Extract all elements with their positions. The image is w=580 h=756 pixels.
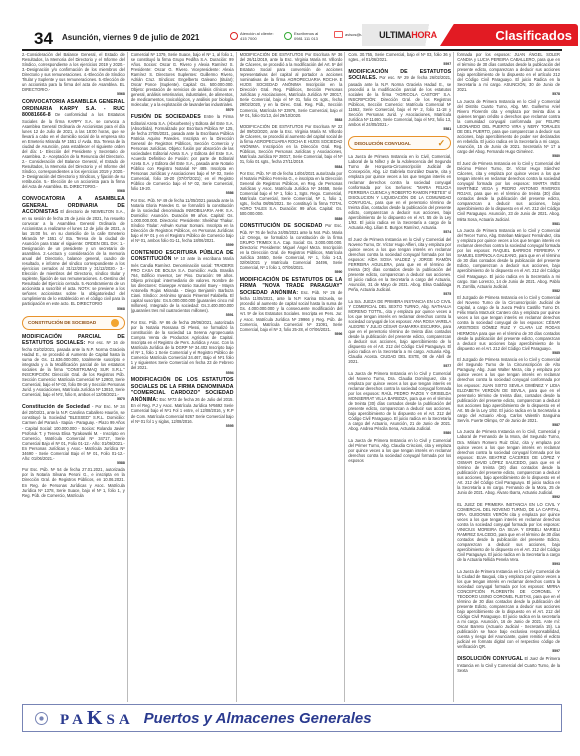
- notice-body: La Jueza de Primera Instancia en lo Civi…: [348, 438, 451, 463]
- notice-body: Nº 10 ante la escribana María Inés Candi…: [131, 256, 234, 313]
- classified-notice: Por Esc. Púb. Nº 40 de fecha 14/04/2021 …: [240, 171, 343, 221]
- classified-notice: CONVOCATORIA ASAMBLEA GENERAL ORDINARIA …: [22, 99, 125, 194]
- classified-notice: 2.-Consideración del Balance General, el…: [22, 52, 125, 97]
- notice-code: 5596: [240, 332, 343, 337]
- paksa-slogan: Puertos y Almacenes Generales: [144, 710, 372, 727]
- classified-notice: Por Esc. Púb. Nº 49 de fecha 11/05/2021 …: [131, 198, 234, 248]
- notice-code: 5577: [348, 364, 451, 369]
- classified-notice: MODIFICACIÓN DE ESTATUTOS Por Escritura …: [240, 52, 343, 123]
- notice-body: De conformidad a los Estatutos Sociales …: [22, 112, 125, 189]
- notice-code: 5575: [348, 292, 451, 297]
- notice-body: La Jueza de Primera Instancia en lo Civi…: [457, 99, 560, 154]
- notice-code: 5578: [457, 92, 560, 97]
- classified-notice: Comercial Nº 1379, Serie Suace, bajo el …: [131, 52, 234, 113]
- classified-notice: EL JUEZ DE PRIMERA INSTANCIA EN LO CIVIL…: [457, 502, 560, 568]
- notice-body: La Jueza de Primera Instancia en lo Civi…: [348, 154, 451, 230]
- notice-code: 5584: [240, 165, 343, 170]
- column-2: Comercial Nº 1379, Serie Suace, bajo el …: [131, 52, 237, 702]
- whatsapp-contact[interactable]: Escríbenos al0981 111 013: [284, 31, 318, 41]
- notice-body: Por Esc. Púb. Nº 54 de fecha 27.01.2021,…: [22, 467, 125, 497]
- notice-code: 5594: [131, 371, 234, 376]
- notice-body: Esc. Púb. Nº 26 de fecha 11/05/2021, ant…: [240, 290, 343, 332]
- classified-notice: El Juzgado de Primera Instancia en lo Ci…: [457, 357, 560, 428]
- notice-code: 5585: [457, 351, 560, 356]
- notice-body: Por Esc. Púb. Nº 49 de fecha 11/05/2021 …: [131, 198, 234, 243]
- column-3: MODIFICACIÓN DE ESTATUTOS Por Escritura …: [240, 52, 346, 702]
- classified-notice: El Juez de Primera Instancia en lo Civil…: [457, 161, 560, 227]
- whatsapp-icon: [284, 32, 292, 40]
- notice-body: Por esc. Nº 29 de fecha 26/02/2021, pasa…: [348, 75, 451, 127]
- classified-notice: El Juzgado de Primera Instancia en lo Ci…: [457, 295, 560, 356]
- notice-code: 5586: [131, 191, 234, 196]
- page-date: Asunción, viernes 9 de julio de 2021: [62, 33, 199, 42]
- notice-code: 5581: [457, 222, 560, 227]
- customer-service-contact[interactable]: Atención al cliente:415 7000: [230, 31, 274, 41]
- section-tab-clasificados: Clasificados: [440, 24, 578, 46]
- notice-body: La Jueza de Primera Instancia en lo Civi…: [457, 429, 560, 495]
- column-5: formada por los esposos: JUAN ÁNGEL SOLE…: [457, 52, 562, 702]
- notice-code: 5568: [22, 307, 125, 312]
- notice-heading: FUSIÓN DE SOCIEDADES: [131, 114, 201, 120]
- classified-notice: Constitución de Sociedad - Por Esc. Nº 3…: [22, 404, 125, 466]
- page-header: 34 Asunción, viernes 9 de julio de 2021 …: [22, 24, 580, 48]
- notice-code: 5595: [131, 424, 234, 429]
- notice-body: formada por los esposos: JUAN ÁNGEL SOLE…: [457, 52, 560, 92]
- notice-code: 5580: [348, 431, 451, 436]
- notice-body: - Por Esc. Nº 34 del 20/03/21, ante la N…: [22, 404, 125, 461]
- classified-notice: La Jueza de Primera Instancia en lo Civi…: [457, 569, 560, 655]
- classified-notice: La Jueza de Primera Instancia en lo Civi…: [348, 154, 451, 235]
- classified-notice: Por Esc. Púb. Nº 86 de fecha 29/06/2021,…: [131, 320, 234, 376]
- notice-body: MODIFICACIÓN DE ESTATUTOS Por Escritura …: [240, 52, 343, 118]
- classified-notice: La Jueza de Primera Instancia en lo Civi…: [348, 371, 451, 437]
- notice-heading: DISOLUCIÓN CONYUGAL: [457, 656, 523, 662]
- notice-code: 5574: [348, 230, 451, 235]
- star-icon: [111, 319, 119, 327]
- notice-code: 5590: [240, 270, 343, 275]
- phone-icon: [230, 32, 238, 40]
- classified-notice: CONVOCATORIA A ASAMBLEA GENERAL ORDINARI…: [22, 196, 125, 312]
- notice-body: Por Esc. Púb. Nº 40 de fecha 14/04/2021 …: [240, 171, 343, 216]
- column-4: Com. 30.755, Serie Comercial, bajo el Nº…: [348, 52, 454, 702]
- notice-body: Com. 30.755, Serie Comercial, bajo el Nº…: [348, 52, 451, 62]
- notice-code: 5583: [240, 118, 343, 123]
- notice-body: Por Esc. Púb. Nº 86 de fecha 29/06/2021,…: [131, 320, 234, 370]
- classified-notice: La Jueza de Primera Instancia en lo Civi…: [457, 228, 560, 294]
- paksa-brand: PAKSA: [60, 707, 134, 730]
- page-number: 34: [34, 29, 53, 49]
- classified-notice: Por Esc. Púb. Nº 54 de fecha 27.01.2021,…: [22, 467, 125, 497]
- notice-code: 5589: [240, 217, 343, 222]
- notice-code: 5568: [22, 189, 125, 194]
- classified-notice: MODIFICACIÓN DE ESTATUTOS DE LA FIRMA "N…: [240, 277, 343, 337]
- classified-notice: Com. 30.755, Serie Comercial, bajo el Nº…: [348, 52, 451, 67]
- notice-heading: CONSTITUCIÓN DE SOCIEDAD: [240, 223, 323, 229]
- header-divider: [22, 49, 562, 51]
- notice-code: 5597: [457, 649, 560, 654]
- classified-notice: DISOLUCIÓN CONYUGAL El Juez de Primera I…: [457, 656, 560, 673]
- notice-body: El Juzgado de Primera Instancia en lo Ci…: [457, 357, 560, 423]
- classified-notice: MODIFICACIÓN DE LOS ESTATUTOS SOCIALES D…: [131, 377, 234, 429]
- badge-label: DISOLUCIÓN CONYUGAL: [354, 141, 410, 146]
- notice-code: 5568: [22, 92, 125, 97]
- checkmark-icon: ✓: [438, 141, 446, 146]
- section-badge-disolucion: DISOLUCIÓN CONYUGAL✓: [348, 136, 451, 150]
- paksa-advertisement[interactable]: PAKSA Puertos y Almacenes Generales: [22, 704, 562, 732]
- classified-notice: formada por los esposos: JUAN ÁNGEL SOLE…: [457, 52, 560, 97]
- section-badge-constitucion: CONSTITUCIÓN DE SOCIEDAD: [22, 316, 125, 330]
- notice-heading: Constitución de Sociedad: [22, 404, 90, 410]
- notice-code: 5579: [131, 108, 234, 113]
- classified-notice: CONTENIDO ESCRITURA PÚBLICA DE CONSTITUC…: [131, 250, 234, 319]
- badge-label: CONSTITUCIÓN DE SOCIEDAD: [28, 320, 96, 325]
- notice-body: Entre la Firma Editorial Azeta S.A. (Abs…: [131, 114, 234, 191]
- notice-body: La Sra. JUEZA DE PRIMERA INSTANCIA EN LO…: [348, 299, 451, 365]
- classified-notice: MODIFICACIÓN PARCIAL DE ESTATUTOS SOCIAL…: [22, 334, 125, 403]
- mail-icon: [334, 31, 343, 38]
- classifieds-columns: 2.-Consideración del Balance General, el…: [22, 52, 562, 702]
- notice-code: 5599: [131, 243, 234, 248]
- notice-body: La Jueza de Primera Instancia en lo Civi…: [348, 371, 451, 432]
- notice-body: El Juez de Primera Instancia en lo Civil…: [457, 161, 560, 222]
- notice-body: El Juez de Primera Instancia en lo Civil…: [348, 237, 451, 292]
- classified-notice: MODIFICACIÓN DE ESTATUTOS Por Escritura …: [240, 124, 343, 169]
- paksa-seal-icon: [35, 712, 48, 725]
- classified-notice: La Jueza de Primera Instancia en lo Civi…: [457, 99, 560, 160]
- notice-body: EL JUEZ DE PRIMERA INSTANCIA EN LO CIVIL…: [457, 502, 560, 563]
- notice-code: 5570: [22, 397, 125, 402]
- notice-body: El Juzgado de Primera Instancia en lo Ci…: [457, 295, 560, 350]
- classified-notice: El Juez de Primera Instancia en lo Civil…: [348, 237, 451, 298]
- ultimahora-logo: ULTIMAHORA: [362, 24, 454, 46]
- notice-body: 2.-Consideración del Balance General, el…: [22, 52, 125, 92]
- notice-body: Por Esc. Púb. Nº 76 de fecha 24/05/2021 …: [240, 223, 343, 270]
- notice-code: 5588: [22, 461, 125, 466]
- notice-code: 5592: [457, 495, 560, 500]
- notice-body: Por esc. Nº 16 de fecha 01/02/2021, pasa…: [22, 340, 125, 397]
- notice-code: 5593: [457, 562, 560, 567]
- notice-body: El directorio de NEWELTON S.A., en su se…: [22, 209, 125, 306]
- notice-body: MODIFICACIÓN DE ESTATUTOS Por Escritura …: [240, 124, 343, 164]
- classified-notice: MODIFICACIÓN DE ESTATUTOS SOCIALES. Por …: [348, 69, 451, 133]
- notice-code: 5591: [131, 313, 234, 318]
- classified-notice: FUSIÓN DE SOCIEDADES Entre la Firma Edit…: [131, 114, 234, 196]
- classified-notice: La Jueza de Primera Instancia en lo Civi…: [457, 429, 560, 500]
- notice-code: 5587: [457, 423, 560, 428]
- classified-notice: La Sra. JUEZA DE PRIMERA INSTANCIA EN LO…: [348, 299, 451, 370]
- notice-body: Comercial Nº 1379, Serie Suace, bajo el …: [131, 52, 234, 107]
- notice-code: 5582: [457, 289, 560, 294]
- notice-body: La Jueza de Primera Instancia en lo Civi…: [457, 228, 560, 289]
- notice-code: 5580: [457, 154, 560, 159]
- classified-notice: La Jueza de Primera Instancia en lo Civi…: [348, 438, 451, 463]
- notice-code: 5581: [348, 127, 451, 132]
- notice-code: 5597: [348, 62, 451, 67]
- column-1: 2.-Consideración del Balance General, el…: [22, 52, 128, 702]
- notice-body: La Jueza de Primera Instancia en lo Civi…: [457, 569, 560, 650]
- classified-notice: CONSTITUCIÓN DE SOCIEDAD Por Esc. Púb. N…: [240, 223, 343, 275]
